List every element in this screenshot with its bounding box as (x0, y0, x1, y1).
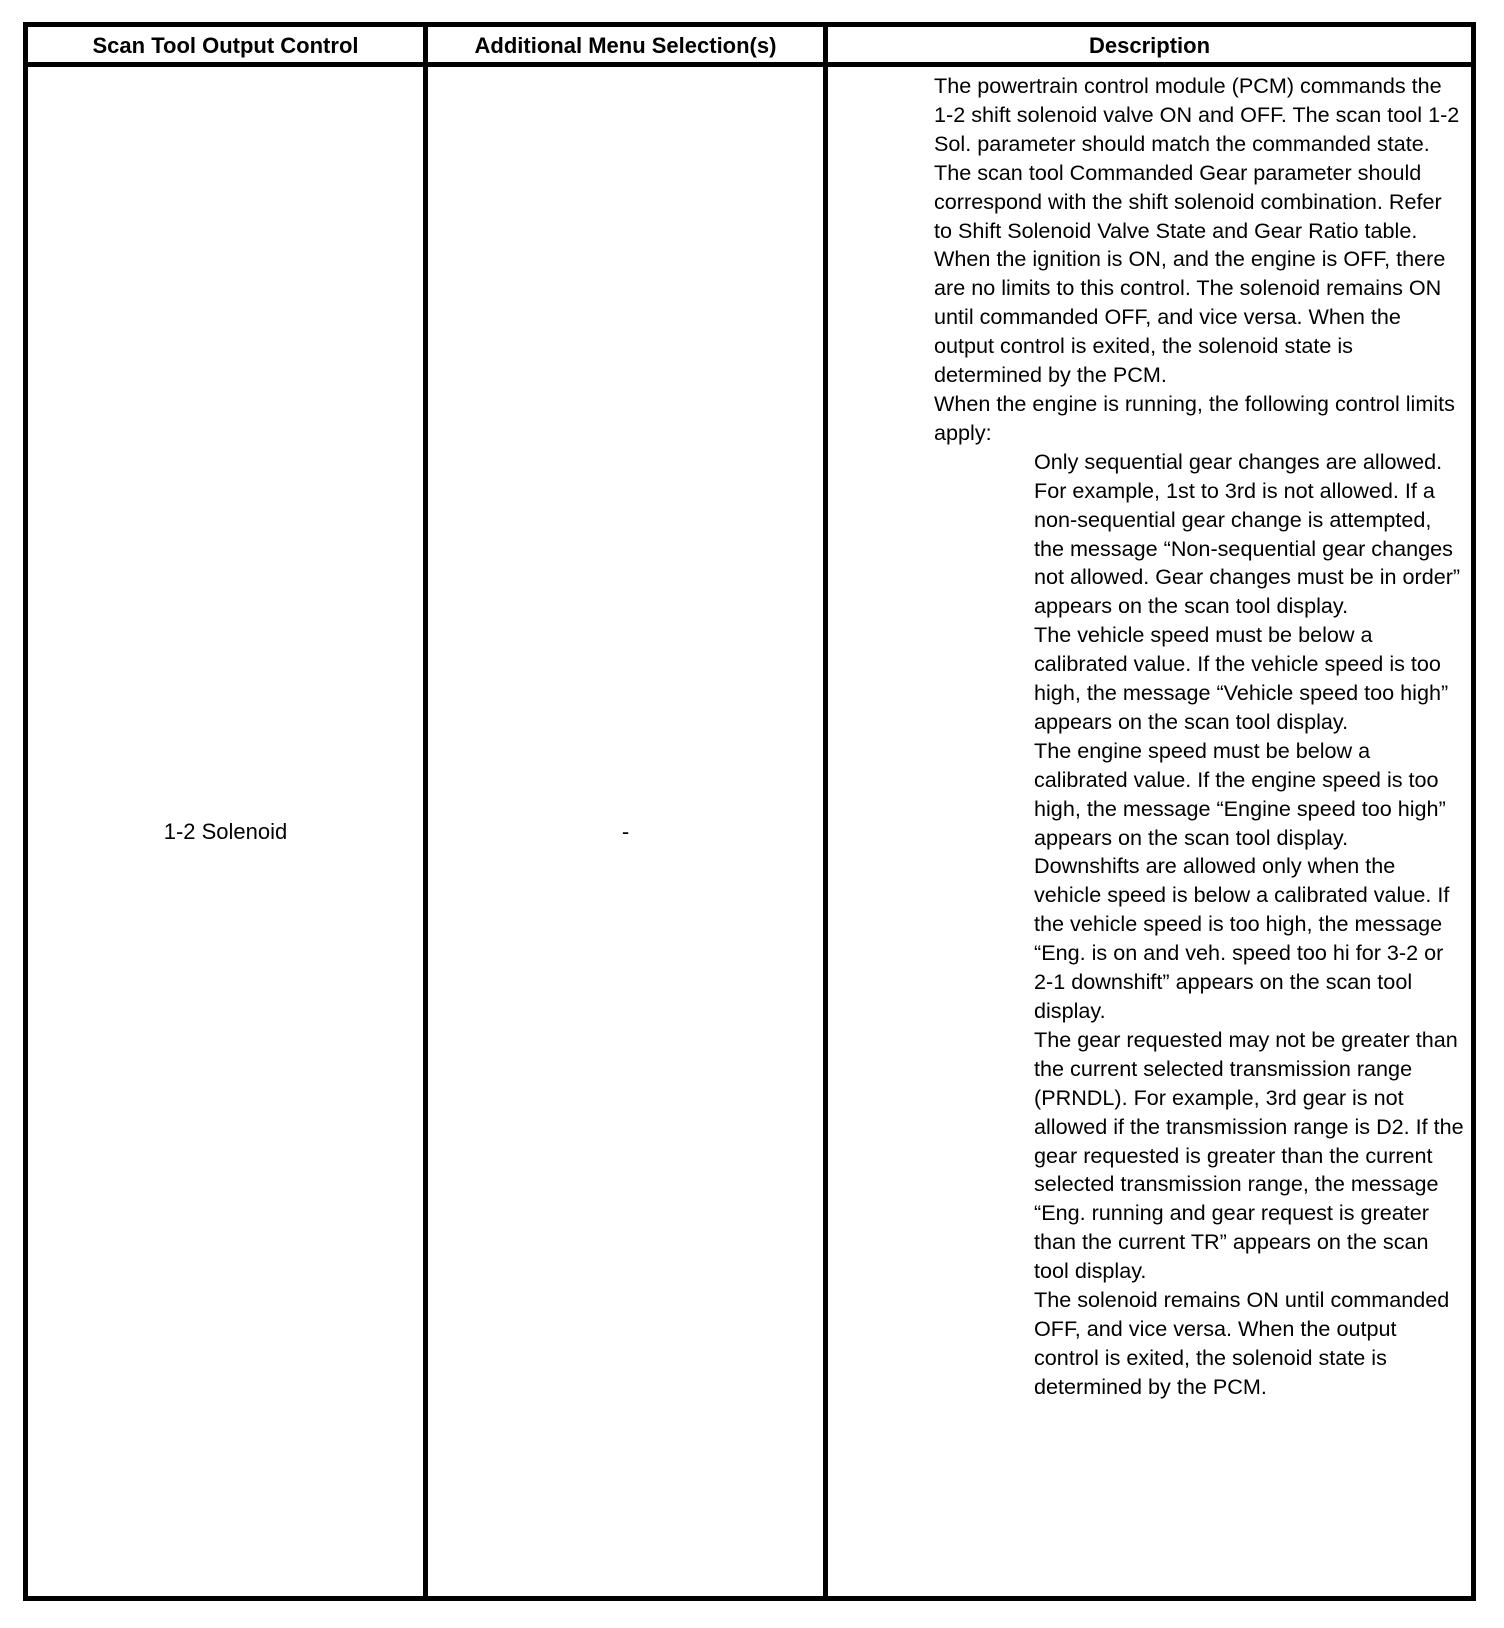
scan-tool-output-control-table: Scan Tool Output Control Additional Menu… (23, 22, 1476, 1601)
header-additional-menu-selections: Additional Menu Selection(s) (428, 27, 828, 67)
description-paragraph-intro: The powertrain control module (PCM) comm… (934, 72, 1465, 245)
limit-solenoid-state: The solenoid remains ON until commanded … (1034, 1286, 1465, 1402)
limit-vehicle-speed: The vehicle speed must be below a calibr… (1034, 621, 1465, 737)
output-control-name: 1-2 Solenoid (164, 819, 288, 845)
header-scan-tool-output-control: Scan Tool Output Control (28, 27, 428, 67)
limit-gear-range: The gear requested may not be greater th… (1034, 1026, 1465, 1286)
header-description: Description (828, 27, 1471, 67)
limit-sequential-gear: Only sequential gear changes are allowed… (1034, 448, 1465, 621)
description-paragraph-engine-running: When the engine is running, the followin… (934, 390, 1465, 448)
menu-selection-value: - (622, 819, 629, 845)
limit-engine-speed: The engine speed must be below a calibra… (1034, 737, 1465, 853)
cell-menu-selection: - (428, 67, 828, 1596)
limit-downshift: Downshifts are allowed only when the veh… (1034, 852, 1465, 1025)
cell-output-control: 1-2 Solenoid (28, 67, 428, 1596)
cell-description: The powertrain control module (PCM) comm… (828, 67, 1471, 1596)
control-limits-list: Only sequential gear changes are allowed… (934, 448, 1465, 1402)
description-paragraph-engine-off: When the ignition is ON, and the engine … (934, 245, 1465, 390)
